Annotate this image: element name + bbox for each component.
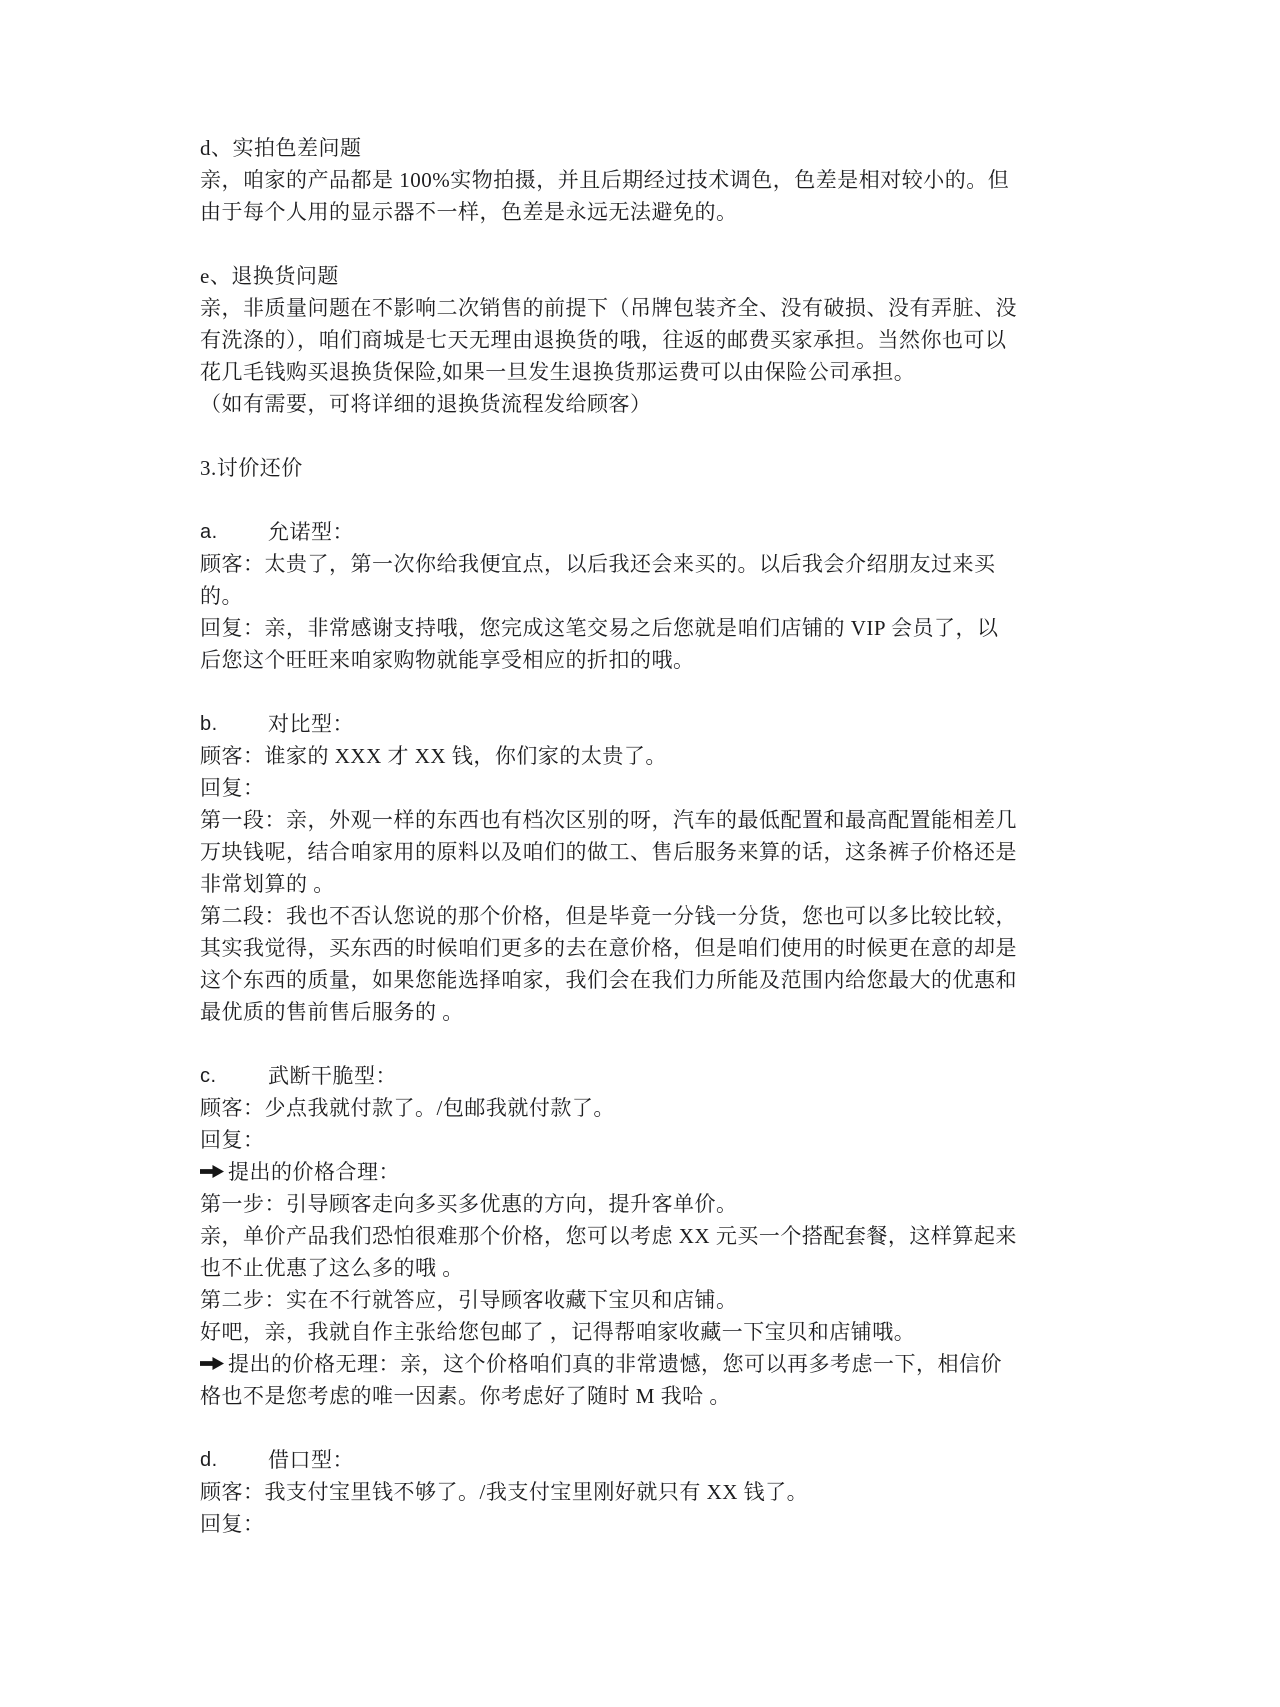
section-heading-returns: e、退换货问题 — [200, 260, 1018, 292]
paragraph-note: （如有需要，可将详细的退换货流程发给顾客） — [200, 388, 1018, 420]
step-line: 第二步：实在不行就答应，引导顾客收藏下宝贝和店铺。 — [200, 1284, 1018, 1316]
right-arrow-icon — [200, 1357, 224, 1370]
arrow-point: 提出的价格无理：亲，这个价格咱们真的非常遗憾，您可以再多考虑一下，相信价格也不是… — [200, 1348, 1018, 1412]
blank-line — [200, 228, 1018, 260]
blank-line — [200, 676, 1018, 708]
paragraph: 亲，非质量问题在不影响二次销售的前提下（吊牌包装齐全、没有破损、没有弄脏、没有洗… — [200, 292, 1018, 388]
list-letter: c. — [200, 1060, 268, 1092]
section-heading-color-difference: d、实拍色差问题 — [200, 132, 1018, 164]
list-letter: a. — [200, 516, 268, 548]
subsection-heading-d: d. 借口型： — [200, 1444, 1018, 1476]
section-heading-bargaining: 3.讨价还价 — [200, 452, 1018, 484]
reply-line: 回复：亲，非常感谢支持哦，您完成这笔交易之后您就是咱们店铺的 VIP 会员了，以… — [200, 612, 1018, 676]
blank-line — [200, 484, 1018, 516]
subsection-title: 允诺型： — [268, 516, 354, 548]
reply-line: 回复： — [200, 1124, 1018, 1156]
reply-paragraph-2: 第二段：我也不否认您说的那个价格，但是毕竟一分钱一分货，您也可以多比较比较，其实… — [200, 900, 1018, 1028]
list-letter: b. — [200, 708, 268, 740]
customer-line: 顾客：我支付宝里钱不够了。/我支付宝里刚好就只有 XX 钱了。 — [200, 1476, 1018, 1508]
customer-line: 顾客：少点我就付款了。/包邮我就付款了。 — [200, 1092, 1018, 1124]
reply-line: 回复： — [200, 1508, 1018, 1540]
subsection-heading-c: c. 武断干脆型： — [200, 1060, 1018, 1092]
subsection-title: 借口型： — [268, 1444, 354, 1476]
customer-line: 顾客：太贵了，第一次你给我便宜点，以后我还会来买的。以后我会介绍朋友过来买的。 — [200, 548, 1018, 612]
arrow-point-text: 提出的价格合理： — [228, 1160, 400, 1184]
reply-paragraph: 亲，单价产品我们恐怕很难那个价格，您可以考虑 XX 元买一个搭配套餐，这样算起来… — [200, 1220, 1018, 1284]
document-page: d、实拍色差问题 亲，咱家的产品都是 100%实物拍摄，并且后期经过技术调色，色… — [0, 0, 1280, 1707]
reply-paragraph: 好吧，亲，我就自作主张给您包邮了 ，记得帮咱家收藏一下宝贝和店铺哦。 — [200, 1316, 1018, 1348]
subsection-heading-a: a. 允诺型： — [200, 516, 1018, 548]
blank-line — [200, 420, 1018, 452]
list-letter: d. — [200, 1444, 268, 1476]
subsection-title: 武断干脆型： — [268, 1060, 397, 1092]
reply-paragraph-1: 第一段：亲，外观一样的东西也有档次区别的呀，汽车的最低配置和最高配置能相差几万块… — [200, 804, 1018, 900]
subsection-title: 对比型： — [268, 708, 354, 740]
reply-line: 回复： — [200, 772, 1018, 804]
step-line: 第一步：引导顾客走向多买多优惠的方向，提升客单价。 — [200, 1188, 1018, 1220]
arrow-point: 提出的价格合理： — [200, 1156, 1018, 1188]
subsection-heading-b: b. 对比型： — [200, 708, 1018, 740]
blank-line — [200, 1028, 1018, 1060]
right-arrow-icon — [200, 1165, 224, 1178]
paragraph: 亲，咱家的产品都是 100%实物拍摄，并且后期经过技术调色，色差是相对较小的。但… — [200, 164, 1018, 228]
arrow-point-text: 提出的价格无理：亲，这个价格咱们真的非常遗憾，您可以再多考虑一下，相信价格也不是… — [200, 1352, 1002, 1408]
blank-line — [200, 1412, 1018, 1444]
customer-line: 顾客：谁家的 XXX 才 XX 钱，你们家的太贵了。 — [200, 740, 1018, 772]
